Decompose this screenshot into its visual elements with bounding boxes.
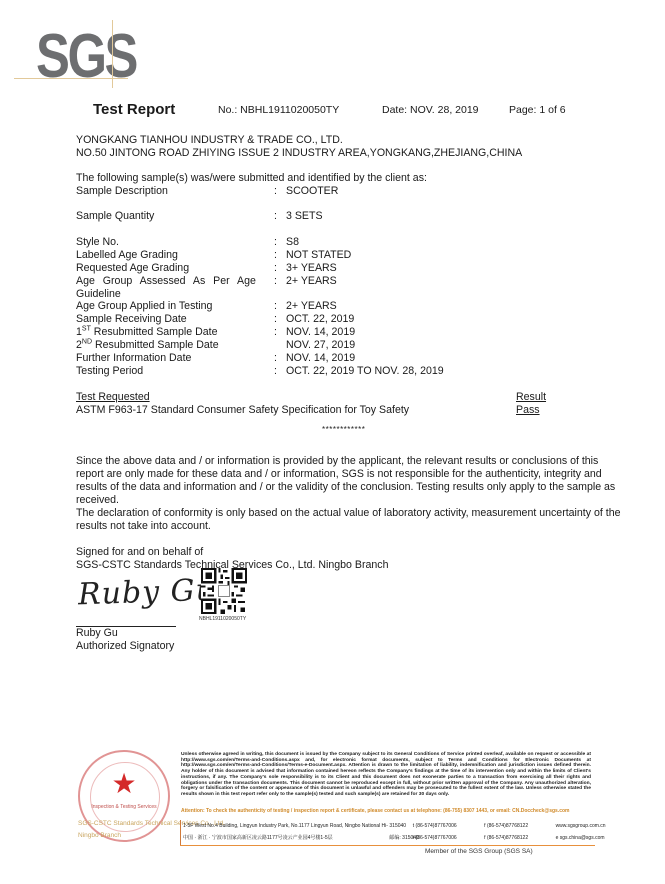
field-label: Labelled Age Grading (76, 249, 178, 262)
address-text: 1-5F West No.4 Building, Lingyun Industr… (183, 823, 388, 829)
footer-address-chinese: 中国 · 浙江 · 宁波市国家高新区凌云路1177号凌云产业园4号楼1-5层 邮… (183, 834, 605, 841)
field-value-style-no: S8 (286, 236, 299, 249)
star-icon: ★ (80, 770, 168, 798)
field-colon: : (274, 249, 277, 262)
zip-code: 315040 (389, 823, 411, 829)
zip-code: 邮编: 315040 (389, 834, 411, 841)
test-requested-header: Test Requested (76, 391, 150, 404)
label-text: Resubmitted Sample Date (91, 326, 218, 338)
field-label: Further Information Date (76, 352, 191, 365)
result-header: Result (516, 391, 546, 404)
sample-intro: The following sample(s) was/were submitt… (76, 172, 427, 185)
signed-for-label: Signed for and on behalf of (76, 546, 203, 559)
signatory-name: Ruby Gu (76, 627, 118, 640)
field-label: Style No. (76, 236, 119, 249)
logo-rule-vertical (112, 20, 113, 88)
field-colon: : (274, 365, 277, 378)
handwritten-signature: Ruby Gu (77, 573, 216, 613)
field-value-further-info-date: NOV. 14, 2019 (286, 352, 355, 365)
fax: f (86-574)87768122 (484, 823, 554, 829)
field-label: Requested Age Grading (76, 262, 189, 275)
field-value-sample-quantity: 3 SETS (286, 210, 323, 223)
field-colon: : (274, 313, 277, 326)
field-colon: : (274, 300, 277, 313)
signatory-title: Authorized Signatory (76, 640, 174, 653)
client-address: NO.50 JINTONG ROAD ZHIYING ISSUE 2 INDUS… (76, 147, 522, 160)
field-colon: : (274, 326, 277, 339)
disclaimer-paragraph: Since the above data and / or informatio… (76, 455, 626, 507)
field-label: 1ST Resubmitted Sample Date (76, 326, 217, 339)
logo-rule-horizontal (14, 78, 128, 79)
email-link[interactable]: e sgs.china@sgs.com (556, 835, 605, 841)
qr-code-icon[interactable] (201, 568, 247, 614)
sgs-logo: SGS (14, 20, 129, 90)
field-value-applied-age: 2+ YEARS (286, 300, 337, 313)
field-value-assessed-age: 2+ YEARS (286, 275, 337, 288)
field-colon: : (274, 352, 277, 365)
field-value-receiving-date: OCT. 22, 2019 (286, 313, 354, 326)
field-value-sample-description: SCOOTER (286, 185, 338, 198)
field-value-requested-age: 3+ YEARS (286, 262, 337, 275)
address-text: 中国 · 浙江 · 宁波市国家高新区凌云路1177号凌云产业园4号楼1-5层 (183, 834, 388, 841)
terms-fine-print: Unless otherwise agreed in writing, this… (181, 752, 591, 798)
ordinal-suffix: ST (82, 325, 91, 332)
qr-caption: NBHL1911020050TY (199, 616, 246, 622)
footer-address-english: 1-5F West No.4 Building, Lingyun Industr… (183, 823, 606, 829)
field-value-testing-period: OCT. 22, 2019 TO NOV. 28, 2019 (286, 365, 444, 378)
field-label: 2ND Resubmitted Sample Date (76, 339, 219, 352)
section-separator: ************ (322, 425, 365, 434)
test-name: ASTM F963-17 Standard Consumer Safety Sp… (76, 404, 409, 417)
conformity-paragraph: The declaration of conformity is only ba… (76, 507, 626, 533)
report-date: Date: NOV. 28, 2019 (382, 104, 479, 116)
fax: f (86-574)87768122 (484, 835, 554, 841)
field-label: Age Group Applied in Testing (76, 300, 212, 313)
document-title: Test Report (93, 101, 175, 118)
field-label: Age Group Assessed As Per Age (76, 275, 256, 288)
field-label: Sample Description (76, 185, 168, 198)
branch-name-line2: Ningbo Branch (78, 832, 121, 839)
telephone: t (86-574)87767006 (413, 823, 483, 829)
page-indicator: Page: 1 of 6 (509, 104, 566, 116)
company-seal: ★ Inspection & Testing Services (78, 750, 170, 842)
website-link[interactable]: www.sgsgroup.com.cn (556, 823, 606, 829)
field-value-first-resubmitted: NOV. 14, 2019 (286, 326, 355, 339)
field-colon: : (274, 185, 277, 198)
test-result: Pass (516, 404, 540, 417)
field-value-second-resubmitted: NOV. 27, 2019 (286, 339, 355, 352)
label-text: Resubmitted Sample Date (92, 339, 219, 351)
seal-text: Inspection & Testing Services (80, 804, 168, 810)
field-colon: : (274, 236, 277, 249)
field-value-labelled-age: NOT STATED (286, 249, 351, 262)
telephone: t (86-574)87767006 (413, 835, 483, 841)
client-company: YONGKANG TIANHOU INDUSTRY & TRADE CO., L… (76, 134, 343, 147)
footer-divider-horizontal (180, 845, 595, 846)
field-label: Sample Quantity (76, 210, 154, 223)
field-colon: : (274, 275, 277, 288)
field-label: Sample Receiving Date (76, 313, 187, 326)
field-label: Testing Period (76, 365, 143, 378)
authenticity-notice: Attention: To check the authenticity of … (181, 809, 591, 815)
ordinal-suffix: ND (82, 338, 92, 345)
footer-divider-vertical (180, 820, 181, 846)
field-colon: : (274, 210, 277, 223)
report-number: No.: NBHL1911020050TY (218, 104, 339, 116)
field-colon: : (274, 262, 277, 275)
group-membership: Member of the SGS Group (SGS SA) (425, 848, 533, 855)
